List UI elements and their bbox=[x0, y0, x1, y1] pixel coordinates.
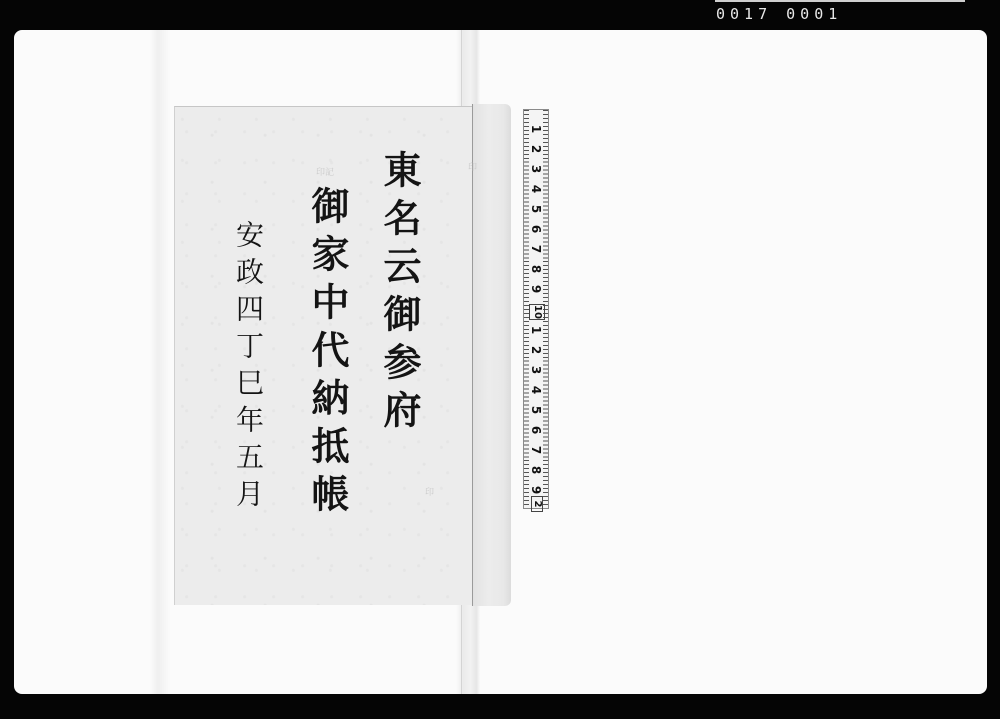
faint-stamp: 印記 bbox=[316, 165, 334, 178]
ruler-number: 2 bbox=[529, 142, 543, 156]
ruler-number: 6 bbox=[529, 222, 543, 236]
ruler-number: 3 bbox=[529, 162, 543, 176]
faint-stamp: 印 bbox=[425, 485, 434, 498]
document-date-line: 安政四丁巳年五月 bbox=[228, 220, 268, 516]
bottom-film-strip bbox=[0, 700, 1000, 719]
frame-counter: 0017 0001 bbox=[716, 3, 976, 25]
ruler-number: 8 bbox=[529, 463, 543, 477]
document-title-line-1: 東名云御参府 bbox=[372, 150, 427, 438]
ruler-number: 9 bbox=[529, 282, 543, 296]
ruler-number: 2 bbox=[529, 343, 543, 357]
ruler-number: 8 bbox=[529, 262, 543, 276]
ruler-number: 7 bbox=[529, 242, 543, 256]
top-film-strip bbox=[715, 0, 965, 2]
sheet-fold-left bbox=[150, 30, 170, 694]
faint-stamp: 印 bbox=[468, 160, 477, 173]
ruler-number: 1 bbox=[529, 323, 543, 337]
ruler-number: 5 bbox=[529, 403, 543, 417]
measurement-ruler: 1 2 3 4 5 6 7 8 9 10 1 2 3 4 5 6 7 8 9 2 bbox=[523, 109, 549, 509]
document-spine bbox=[472, 104, 511, 606]
ruler-number: 5 bbox=[529, 202, 543, 216]
ruler-number-ten: 10 bbox=[529, 304, 545, 320]
ruler-number: 7 bbox=[529, 443, 543, 457]
ruler-number: 9 bbox=[529, 483, 543, 497]
ruler-number-twenty: 2 bbox=[531, 496, 543, 512]
document-title-line-2: 御家中代納抵帳 bbox=[300, 186, 355, 522]
ruler-number: 3 bbox=[529, 363, 543, 377]
ruler-number: 1 bbox=[529, 122, 543, 136]
ruler-number: 4 bbox=[529, 182, 543, 196]
ruler-number: 6 bbox=[529, 423, 543, 437]
ruler-number: 4 bbox=[529, 383, 543, 397]
